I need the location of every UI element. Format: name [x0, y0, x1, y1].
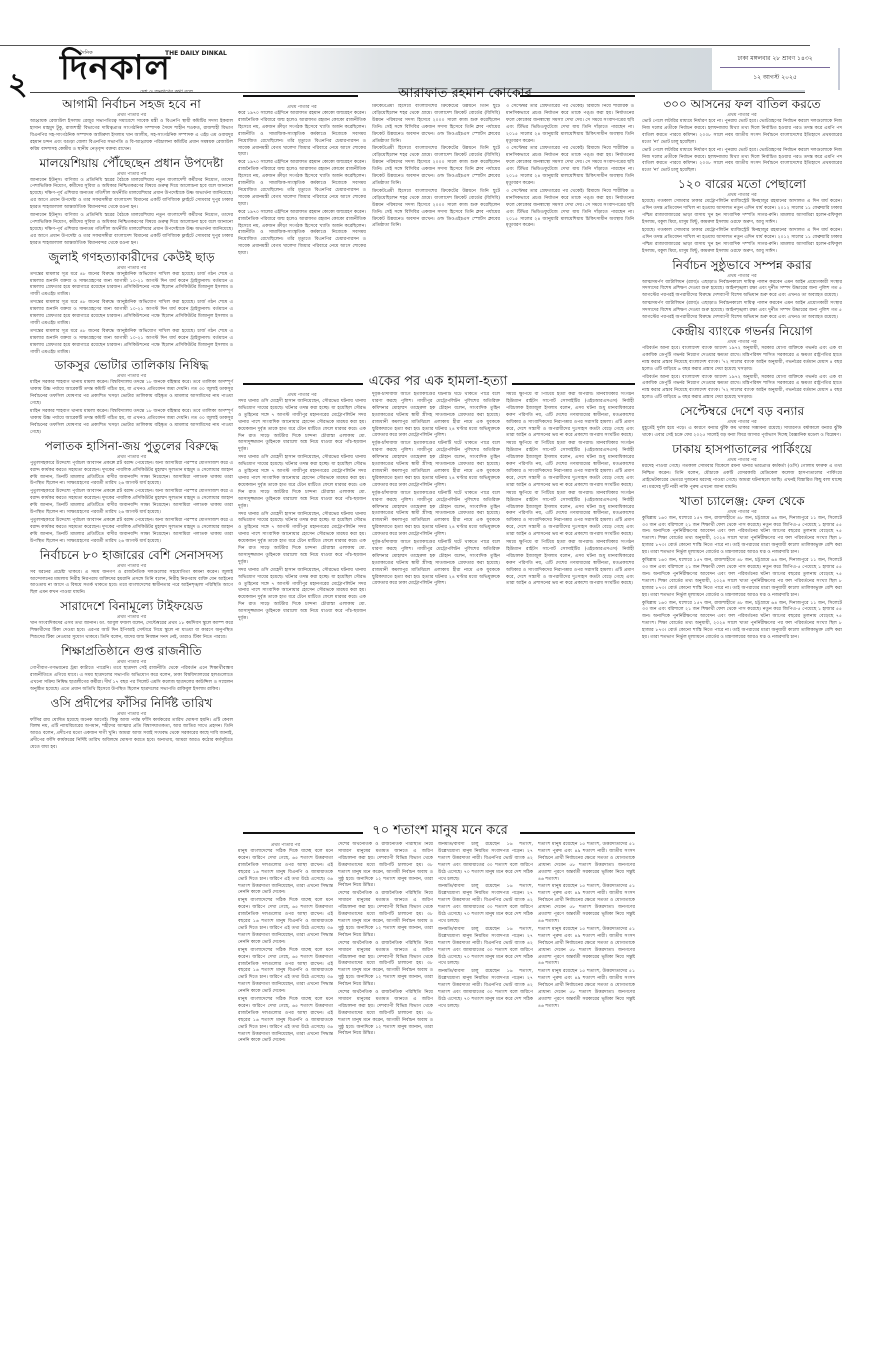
article-body: দুর্বৃত্ত-চাঁদাবাজ আগে হত্যাকাণ্ডের ঘটনা… — [372, 392, 500, 440]
article-body: আত্মসমর্পণ ব্যাটালিয়ন (র‍্যাব)। এছাড়াও… — [642, 301, 842, 322]
article-body: ক্রিকেটপ্রেমী হিসেবে বাংলাদেশের ক্রিকেটে… — [372, 104, 500, 145]
section-rule — [243, 95, 358, 97]
article-body: ক্রিকেটপ্রেমী হিসেবে বাংলাদেশের ক্রিকেটে… — [372, 189, 500, 230]
article-body: হয়েছে। গতকাল সোমবার ঢাকার মেট্রোপলিটন ম… — [642, 199, 842, 227]
article-body: করে ১৯৭০ সালের এইদিনে আরাফাত রহমান কোকো … — [238, 210, 366, 258]
article-body: তদন্তের মামলার সূত্র ধরে ৪৮ জনের বিরুদ্ধ… — [30, 272, 233, 300]
article: নির্বাচনে ৮০ হাজারের বেশি সেনাসদস্য প্রথ… — [30, 547, 233, 598]
article: নির্বাচন সুষ্ঠুভাবে সম্পন্ন করার প্রথম প… — [642, 257, 842, 322]
article-body: মানুষ বাংলাদেশের সঠিক দিকে যাচ্ছে বলে মন… — [238, 948, 333, 996]
headline: নির্বাচনে ৮০ হাজারের বেশি সেনাসদস্য — [30, 547, 233, 563]
article-body: জনমতি/বাবসা চালু রয়েছেন ১৬ শতাংশ, উল্লে… — [438, 969, 533, 1010]
continued-label: প্রথম পাতার পর — [238, 392, 366, 399]
headline: আগামী নির্বাচন সহজ হবে না — [30, 96, 233, 112]
section-rule — [243, 832, 363, 834]
article-body: মাহিন সরকার শাহবাগ থানায় মামলা করেন। বি… — [30, 409, 233, 437]
section-rule — [520, 832, 635, 834]
page-number: ২ — [8, 60, 28, 111]
headline: কেন্দ্রীয় ব্যাংকে গভর্নর নিয়োগ — [642, 323, 842, 339]
continued-label: প্রথম পাতার পর — [642, 273, 842, 280]
article-body: করে ১৯৭০ সালের এইদিনে আরাফাত রহমান কোকো … — [238, 111, 366, 159]
headline-violence: একের পর এক হামলা-হত্যা — [368, 374, 508, 390]
article-body: দুর্বৃত্ত-চাঁদাবাজ আগে হত্যাকাণ্ডের ঘটনা… — [372, 491, 500, 539]
article: জুলাই গণহত্যাকারীদের কেউই ছাড় প্রথম পাত… — [30, 249, 233, 357]
article-body: শতাংশ মানুষ রয়েছেন ১৫ শতাংশ, উত্তরদাতাদ… — [538, 927, 635, 968]
survey-col-4: শতাংশ মানুষ রয়েছেন ১৫ শতাংশ, উত্তরদাতাদ… — [538, 842, 635, 1252]
article-body: খান সাংবাদিকদের এসব তথ্য জানান। ডা. আবুল… — [30, 621, 233, 642]
article-body: দেশের অর্থনৈতিক ও রাজনৈতিক পরিস্থিতি নিয… — [338, 842, 433, 890]
article: সেপ্টেম্বরে দেশে বড় বন্যার প্রথম পাতার … — [642, 403, 842, 440]
article-body: দুর্বৃত্ত-চাঁদাবাজ আগে হত্যাকাণ্ডের ঘটনা… — [372, 441, 500, 489]
survey-col-3: জনমতি/বাবসা চালু রয়েছেন ১৬ শতাংশ, উল্লে… — [438, 842, 533, 1252]
continued-label: প্রথম পাতার পর — [642, 457, 842, 464]
top-rule — [0, 45, 810, 46]
article: ডাকসুর ভোটার তালিকায় নিষিদ্ধ প্রথম পাতা… — [30, 357, 233, 436]
article-body: ভোট পেলে লটারির মাধ্যমে নির্ধারণ হবে না।… — [642, 148, 842, 176]
article-body: দেশের অর্থনৈতিক ও রাজনৈতিক পরিস্থিতি নিয… — [338, 990, 433, 1038]
article-body: শতাংশ মানুষ রয়েছেন ১৫ শতাংশ, উত্তরদাতাদ… — [538, 884, 635, 925]
survey-col-2: দেশের অর্থনৈতিক ও রাজনৈতিক পরিস্থিতি নিয… — [338, 842, 433, 1252]
article-body: সদর থানার ওসি মেহেদী হাসান জানিয়েছেন, স… — [238, 568, 366, 623]
article-body: করে ১৯৭০ সালের এইদিনে আরাফাত রহমান কোকো … — [238, 160, 366, 208]
survey-col-1: প্রথম পাতার পর মানুষ বাংলাদেশের সঠিক দিক… — [238, 842, 333, 1252]
date-english: ১২ আগস্ট ২০২৫ — [712, 68, 838, 83]
headline: সেপ্টেম্বরে দেশে বড় বন্যার — [642, 403, 842, 419]
article-body: ৩ সেপ্টেম্বর তার গ্রেফতারের পর থেকেই। রি… — [506, 104, 634, 145]
headline: জুলাই গণহত্যাকারীদের কেউই ছাড় — [30, 249, 233, 265]
article: পলাতক হাসিনা-জয় পুতুলের বিরুদ্ধে প্রথম … — [30, 438, 233, 546]
article-body: পরিবর্তন আনা হবে। বাংলাদেশ ব্যাংক আদেশ ১… — [642, 346, 842, 374]
continued-label: প্রথম পাতার পর — [30, 112, 233, 119]
right-column: ৩০০ আসনের ফল বাতিল করতে প্রথম পাতার পর ভ… — [642, 96, 842, 1316]
date-block: ঢাকা মঙ্গলবার ২৮ শ্রাবণ ১৪৩২ ১২ আগস্ট ২০… — [712, 48, 840, 90]
article-body: মাহিন সরকার শাহবাগ থানায় মামলা করেন। বি… — [30, 380, 233, 408]
headline: ঢাকায় হাসপাতালের পার্কিংয়ে — [642, 441, 842, 457]
article: খাতা চ্যালেঞ্জ: ফেল থেকে প্রথম পাতার পর … — [642, 493, 842, 642]
continued-label: প্রথম পাতার পর — [30, 265, 233, 272]
violence-col-1: প্রথম পাতার পর সদর থানার ওসি মেহেদী হাসা… — [238, 392, 366, 812]
article-body: পুতুলসহকারে উদ্দেশ্যে পূর্বাচল আবাসন প্র… — [30, 461, 233, 489]
article-body: সদর থানার ওসি মেহেদী হাসান জানিয়েছেন, স… — [238, 399, 366, 454]
logo-text: দিনকাল — [60, 48, 171, 88]
article-body: মানুষ বাংলাদেশের সঠিক দিকে যাচ্ছে বলে মন… — [238, 898, 333, 946]
headline: নির্বাচন সুষ্ঠুভাবে সম্পন্ন করার — [642, 257, 842, 273]
headline-koko: আরাফাত রহমান কোকোর — [365, 86, 565, 102]
headline: পলাতক হাসিনা-জয় পুতুলের বিরুদ্ধে — [30, 438, 233, 454]
article-body: আহ্বায়ক রেজাউল ইসলাম রেজুর সভাপতিত্বে স… — [30, 119, 233, 154]
headline: সারাদেশে বিনামূল্যে টাইফয়েড — [30, 598, 233, 614]
koko-col-1: প্রথম পাতার পর করে ১৯৭০ সালের এইদিনে আরা… — [238, 104, 366, 374]
article-body: দেশের অর্থনৈতিক ও রাজনৈতিক পরিস্থিতি নিয… — [338, 891, 433, 939]
article-body: মানুষ বাংলাদেশের সঠিক দিকে যাচ্ছে বলে মন… — [238, 997, 333, 1045]
koko-col-3: ৩ সেপ্টেম্বর তার গ্রেফতারের পর থেকেই। রি… — [506, 104, 634, 374]
article: ১২০ বারের মতো পেছালো প্রথম পাতার পর হয়ে… — [642, 176, 842, 255]
article: ঢাকায় হাসপাতালের পার্কিংয়ে প্রথম পাতার… — [642, 441, 842, 492]
section-rule — [520, 95, 635, 97]
article-body: জনমতি/বাবসা চালু রয়েছেন ১৬ শতাংশ, উল্লে… — [438, 927, 533, 968]
date-bangla: ঢাকা মঙ্গলবার ২৮ শ্রাবণ ১৪৩২ — [720, 48, 830, 68]
article-body: পরিবর্তন আনা হবে। বাংলাদেশ ব্যাংক আদেশ ১… — [642, 375, 842, 403]
logo-daily-label: দৈনিক — [80, 50, 93, 58]
article: আগামী নির্বাচন সহজ হবে না প্রথম পাতার পর… — [30, 96, 233, 154]
article-body: শতাংশ মানুষ রয়েছেন ১৫ শতাংশ, উত্তরদাতাদ… — [538, 969, 635, 1010]
section-rule — [243, 383, 363, 385]
article-body: ভোট পেলে লটারির মাধ্যমে নির্ধারণ হবে না।… — [642, 119, 842, 147]
headline: শিক্ষাপ্রতিষ্ঠানে গুপ্ত রাজনীতি — [30, 643, 233, 659]
newspaper-logo: দিনকাল দৈনিক THE DAILY DINKAL দেশ ও জনগণ… — [60, 48, 171, 88]
article: সারাদেশে বিনামূল্যে টাইফয়েড প্রথম পাতার… — [30, 598, 233, 642]
article-body: সব ধরনের প্রচেষ্টা থাকবে। এ সময় জনগণ ও … — [30, 570, 233, 598]
continued-label: প্রথম পাতার পর — [238, 842, 333, 849]
violence-col-3: সময়ে ক্ষুপিয়ে বা পিটিয়ে হত্যা করা অপর… — [506, 392, 634, 812]
article-body: কুমিল্লায় ১৬০ জন, যশোরে ১৫৭ জন, রাজশাহী… — [642, 516, 842, 557]
headline: ডাকসুর ভোটার তালিকায় নিষিদ্ধ — [30, 357, 233, 373]
article-body: মরদেহ পাওয়া গেছে। গতকাল সোমবার বিকেলে র… — [642, 464, 842, 492]
article: শিক্ষাপ্রতিষ্ঠানে গুপ্ত রাজনীতি প্রথম পা… — [30, 643, 233, 694]
continued-label: প্রথম পাতার পর — [642, 339, 842, 346]
continued-label: প্রথম পাতার পর — [30, 171, 233, 178]
koko-col-2: ক্রিকেটপ্রেমী হিসেবে বাংলাদেশের ক্রিকেটে… — [372, 104, 500, 374]
article-body: সদর থানার ওসি মেহেদী হাসান জানিয়েছেন, স… — [238, 455, 366, 510]
headline: মালয়েশিয়ায় পৌঁছেছেন প্রধান উপদেষ্টা — [30, 155, 233, 171]
article: মালয়েশিয়ায় পৌঁছেছেন প্রধান উপদেষ্টা প… — [30, 155, 233, 248]
article-body: কুমিল্লায় ১৬০ জন, যশোরে ১৫৭ জন, রাজশাহী… — [642, 558, 842, 599]
violence-col-2: দুর্বৃত্ত-চাঁদাবাজ আগে হত্যাকাণ্ডের ঘটনা… — [372, 392, 500, 812]
article-body: মুহূর্তেই দুর্বল হয়ে পড়ে। এ কারণে বন্য… — [642, 426, 842, 440]
article-body: তদন্তের মামলার সূত্র ধরে ৪৮ জনের বিরুদ্ধ… — [30, 300, 233, 328]
article-body: পুতুলসহকারে উদ্দেশ্যে পূর্বাচল আবাসন প্র… — [30, 489, 233, 517]
article-body: দেশের অর্থনৈতিক ও রাজনৈতিক পরিস্থিতি নিয… — [338, 941, 433, 989]
continued-label: প্রথম পাতার পর — [30, 711, 233, 718]
article-body: হয়েছে। গতকাল সোমবার ঢাকার মেট্রোপলিটন ম… — [642, 228, 842, 256]
article-body: জনমতি/বাবসা চালু রয়েছেন ১৬ শতাংশ, উল্লে… — [438, 842, 533, 883]
headline: ৩০০ আসনের ফল বাতিল করতে — [642, 96, 842, 112]
article-body: সময়ে ক্ষুপিয়ে বা পিটিয়ে হত্যা করা অপর… — [506, 441, 634, 489]
section-rule — [512, 383, 635, 385]
article-body: পুতুলসহকারে উদ্দেশ্যে পূর্বাচল আবাসন প্র… — [30, 518, 233, 546]
article-body: গোপীবাগ-গণভবনের ট্রমা কাটাতে পারেনি। তবে… — [30, 666, 233, 694]
headline: ১২০ বারের মতো পেছালো — [642, 176, 842, 192]
article-body: আত্মসমর্পণ ব্যাটালিয়ন (র‍্যাব)। এছাড়াও… — [642, 280, 842, 301]
continued-label: প্রথম পাতার পর — [30, 659, 233, 666]
headline: খাতা চ্যালেঞ্জ: ফেল থেকে — [642, 493, 842, 509]
article-body: ক্রিকেটপ্রেমী হিসেবে বাংলাদেশের ক্রিকেটে… — [372, 146, 500, 187]
logo-english: THE DAILY DINKAL — [165, 50, 227, 57]
article: ৩০০ আসনের ফল বাতিল করতে প্রথম পাতার পর ভ… — [642, 96, 842, 175]
article-body: ৩ সেপ্টেম্বর তার গ্রেফতারের পর থেকেই। রি… — [506, 189, 634, 230]
article-body: সময়ে ক্ষুপিয়ে বা পিটিয়ে হত্যা করা অপর… — [506, 491, 634, 539]
article-body: সময়ে ক্ষুপিয়ে বা পিটিয়ে হত্যা করা অপর… — [506, 392, 634, 440]
article-body: ৩ সেপ্টেম্বর তার গ্রেফতারের পর থেকেই। রি… — [506, 146, 634, 187]
article-body: জানাবেন ইউনূস। বাণিজ্য ও প্রতিনিধি স্তরে… — [30, 178, 233, 213]
continued-label: প্রথম পাতার পর — [238, 104, 366, 111]
article-body: জানাবেন ইউনূস। বাণিজ্য ও প্রতিনিধি স্তরে… — [30, 213, 233, 248]
article-body: মানুষ বাংলাদেশের সঠিক দিকে যাচ্ছে বলে মন… — [238, 849, 333, 897]
headline: ওসি প্রদীপের ফাঁসির নির্দিষ্ট তারিখ — [30, 695, 233, 711]
article-body: তদন্তের মামলার সূত্র ধরে ৪৮ জনের বিরুদ্ধ… — [30, 329, 233, 357]
article-body: কুমিল্লায় ১৬০ জন, যশোরে ১৫৭ জন, রাজশাহী… — [642, 601, 842, 642]
article: ওসি প্রদীপের ফাঁসির নির্দিষ্ট তারিখ প্রথ… — [30, 695, 233, 753]
article-body: দুর্বৃত্ত-চাঁদাবাজ আগে হত্যাকাণ্ডের ঘটনা… — [372, 540, 500, 588]
article-body: সময়ে ক্ষুপিয়ে বা পিটিয়ে হত্যা করা অপর… — [506, 540, 634, 588]
continued-label: প্রথম পাতার পর — [642, 509, 842, 516]
continued-label: প্রথম পাতার পর — [642, 112, 842, 119]
article-body: ফাঁসির রায় ঘোষিত হয়েছে অনেক আগেই। কিন্… — [30, 718, 233, 753]
continued-label: প্রথম পাতার পর — [30, 454, 233, 461]
headline-survey: ৭০ শতাংশ মানুষ মনে করে — [365, 823, 515, 839]
article-body: শতাংশ মানুষ রয়েছেন ১৫ শতাংশ, উত্তরদাতাদ… — [538, 842, 635, 883]
article-body: সদর থানার ওসি মেহেদী হাসান জানিয়েছেন, স… — [238, 512, 366, 567]
article-body: জনমতি/বাবসা চালু রয়েছেন ১৬ শতাংশ, উল্লে… — [438, 884, 533, 925]
continued-label: প্রথম পাতার পর — [30, 563, 233, 570]
left-column: আগামী নির্বাচন সহজ হবে না প্রথম পাতার পর… — [30, 96, 233, 753]
article: কেন্দ্রীয় ব্যাংকে গভর্নর নিয়োগ প্রথম প… — [642, 323, 842, 402]
